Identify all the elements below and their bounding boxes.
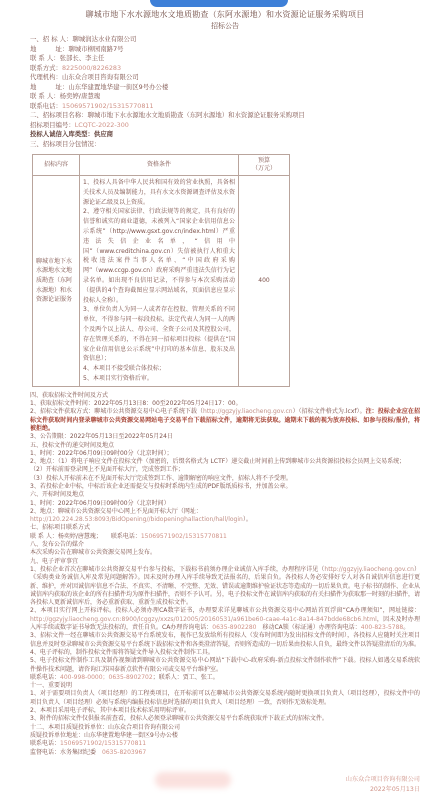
text-segment: 联系电话：: [30, 740, 60, 747]
text-line: 2、地点：聊城市公共资源交易中心网上不见面开标大厅（网址：: [30, 508, 420, 516]
col-header-qualifications: 资格条件: [80, 155, 239, 176]
text-segment: 本次采购公告在聊城市公共资源交易网上发布。: [30, 549, 156, 556]
text-segment: 地 址：聊城市柳园南路7号: [30, 45, 124, 53]
text-segment: 3、招标文件一经在聊城市公共资源交易平台系统发布，视作已发放给所有投标人（发布时…: [30, 632, 420, 647]
text-line: 本次采购公告在聊城市公共资源交易网上发布。: [30, 549, 420, 557]
url-text: http://ggzyjy.liaocheng.gov.cn:8900/lcgg…: [30, 616, 377, 623]
text-segment: 十二、本项目质疑投诉单位：山东众合项目咨询有限公司: [30, 724, 180, 731]
text-segment: 5、电子投标文件制作工具及制作视频请到聊城市公共资源交易中心网站“下载中心-政府…: [30, 657, 420, 672]
text-segment: （3）投标人开标前未在不见面开标大厅完成签到工作、逾期解密的响应文件，招标人将不…: [30, 475, 292, 482]
text-segment: 联系方式：: [30, 64, 62, 72]
text-line: 联 系 人：杨奕婷/唐慧瑰； 联系电话：15069571902/15315770…: [30, 533, 420, 541]
text-line: 投标人诚信入库类型：供应商: [30, 130, 420, 140]
text-segment: 移动CA锁（标证通）办理咨询电话：: [256, 624, 360, 631]
text-line: 3、若投标企业中标，中标后该企业还需提交与投标时系统内生成的PDF版纸质标书，并…: [30, 483, 420, 491]
text-line: 5、电子投标文件制作工具及制作视频请到聊城市公共资源交易中心网站“下载中心-政府…: [30, 657, 420, 674]
phone-or-code-text: 400-998-0000；0635-8902702: [60, 674, 153, 681]
bid-packages-table: 招标内容 资格条件 预算 （万元） 聊城市地下水水源地水文地质勘查（东阿水源地）…: [32, 154, 290, 387]
phone-or-code-text: 0635-8203967: [102, 749, 146, 756]
url-text: http://ggzyjy.liaocheng.gov.cn: [324, 566, 414, 573]
text-segment: 1、投标企业首次在聊城市公共资源交易平台参与投标，下载标书前须办理企业诚信入库手…: [30, 566, 324, 573]
text-segment: 四、获取招标文件时间及方式: [30, 392, 108, 399]
text-segment: 1、获取招标文件时间：2022年05月13日8：00至2022年05月24日17…: [30, 400, 242, 407]
text-line: 1、对于需要项目负责人（项目经理）的工程类项目，在开标前可以在聊城市公共资源交易…: [30, 690, 420, 707]
qualification-item: 1、投标人具备中华人民共和国有效的营业执照，具备相关技术人员及编制能力，具有水文…: [83, 178, 235, 207]
phone-or-code-text: 8225000/8226283: [62, 64, 121, 72]
text-line: 1、时间：2022年06月09日09时00分（北京时间）；: [30, 450, 420, 458]
phone-or-code-text: 15069571902/15315770811: [62, 102, 154, 110]
text-line: 联 系 人：杨奕婷/唐慧瑰: [30, 92, 420, 102]
text-line: 九、电子评审事宜: [30, 558, 420, 566]
text-line: 地 址：山东华建置地华建一街区9号办公楼: [30, 83, 420, 93]
text-line: 招标项目编号：LCQTC-2022-300: [30, 121, 420, 131]
text-line: 质疑投诉单位地址：山东华建置地华建一街区9号办公楼: [30, 732, 420, 740]
text-line: 二、招标项目名称：聊城市地下水水源地水文地质勘查（东阿水源地）和水资源论证服务采…: [30, 111, 420, 121]
text-segment: ；联系人：贾工、张工。: [153, 674, 219, 681]
text-line: 联系电话：15069571902/15315770811: [30, 740, 420, 748]
cell-bid-content: 聊城市地下水水源地水文地质勘查（东阿水源地）和水资源论证服务: [33, 176, 80, 387]
text-segment: ）（招标文件格式为.lcxf）。: [293, 408, 366, 415]
text-segment: 2、地点：（1）将电子响应文件在投标文件（加密的，后缀名格式为 LCTF）递交截…: [30, 458, 405, 465]
text-segment: 。: [403, 624, 409, 631]
phone-or-code-text: 0635-8902280: [212, 624, 256, 631]
page-title: 聊城市地下水水源地水文地质勘查（东阿水源地）和水资源论证服务采购项目: [30, 10, 420, 20]
text-segment: 联 系 人：张部长、李主任: [30, 54, 104, 62]
text-line: 2、招标文件获取方式：聊城市公共资源交易中心电子系统下载（http://ggzy…: [30, 408, 420, 433]
text-line: 三、招标项目分包情况：: [30, 140, 420, 150]
text-segment: 二、招标项目名称：聊城市地下水水源地水文地质勘查（东阿水源地）和水资源论证服务采…: [30, 111, 305, 119]
text-line: 十二、本项目质疑投诉单位：山东众合项目咨询有限公司: [30, 724, 420, 732]
qualification-item: 4、本项目不接受联合体投标；: [83, 364, 235, 374]
text-segment: 3、公告期限：2022年05月13日至2022年05月24日: [30, 433, 173, 440]
text-line: 3、公告期限：2022年05月13日至2022年05月24日: [30, 433, 420, 441]
text-segment: 2、本项目实行网上开标评标。投标人必须办理CA数字证书，办理要求详见聊城市公共资…: [30, 607, 420, 614]
qualification-item: 3、单位负责人为同一人或者存在控股、管理关系的不同单位，不得参与同一标段投标。法…: [83, 305, 235, 364]
page-subtitle: 招标公告: [30, 21, 420, 31]
text-line: 地 址：聊城市柳园南路7号: [30, 45, 420, 55]
text-line: 联系电话：400-998-0000；0635-8902702；联系人：贾工、张工…: [30, 674, 420, 682]
text-line: （2）开标前需登录网上不见面开标大厅，完成签到工作；: [30, 466, 420, 474]
cell-qualifications: 1、投标人具备中华人民共和国有效的营业执照，具备相关技术人员及编制能力，具有水文…: [80, 176, 239, 387]
text-segment: 九、电子评审事宜: [30, 558, 78, 565]
text-segment: 七、招标项目联系方式: [30, 524, 90, 531]
url-text: http://120.224.28.53:8093/BidOpening//bi…: [30, 516, 243, 523]
table-header-row: 招标内容 资格条件 预算 （万元）: [33, 155, 290, 176]
text-segment: （2）开标前需登录网上不见面开标大厅，完成签到工作；: [30, 466, 184, 473]
text-segment: 1、时间：2022年06月09日09时00分（北京时间）: [30, 500, 170, 507]
text-segment: ）。: [243, 516, 252, 523]
text-segment: 2、招标文件获取方式：聊城市公共资源交易中心电子系统下载（: [30, 408, 203, 415]
text-line: 六、开标时间及地点: [30, 491, 420, 499]
footer-company: 山东众合项目咨询有限公司: [346, 775, 420, 785]
text-segment: 地 址：山东华建置地华建一街区9号办公楼: [30, 83, 168, 91]
text-segment: 三、招标项目分包情况：: [30, 140, 100, 148]
text-line: 五、投标文件的递交时间及地点: [30, 442, 420, 450]
text-segment: 2、本项目采用电子评标，其中本项目技术标采用明标评审。: [30, 707, 190, 714]
text-line: 3、招标文件一经在聊城市公共资源交易平台系统发布，视作已发放给所有投标人（发布时…: [30, 632, 420, 649]
text-segment: 联 系 人：杨奕婷/唐慧瑰； 联系电话：: [30, 533, 141, 540]
announcement-page: 聊城市地下水水源地水文地质勘查（东阿水源地）和水资源论证服务采购项目 招标公告 …: [0, 0, 444, 800]
footer-date: 2022年05月13日: [346, 785, 420, 795]
text-segment: 监督电话：水务集团纪委: [30, 749, 102, 756]
text-line: 联系电话：15069571902/15315770811: [30, 102, 420, 112]
text-line: 1、投标企业首次在聊城市公共资源交易平台参与投标，下载标书前须办理企业诚信入库手…: [30, 566, 420, 607]
seal-stamp-faint: [155, 772, 231, 788]
text-line: 一、招 标 人：聊城润达水业有限公司: [30, 35, 420, 45]
phone-or-code-text: 400-823-5788: [361, 624, 404, 631]
body-sections: 四、获取招标文件时间及方式1、获取招标文件时间：2022年05月13日8：00至…: [30, 392, 420, 757]
col-header-content: 招标内容: [33, 155, 80, 176]
text-segment: 质疑投诉单位地址：山东华建置地华建一街区9号办公楼: [30, 732, 178, 739]
text-line: 代理机构：山东众合项目咨询有限公司: [30, 73, 420, 83]
text-line: 监督电话：水务集团纪委 0635-8203967: [30, 749, 420, 757]
text-line: 联 系 人：张部长、李主任: [30, 54, 420, 64]
phone-or-code-text: LCQTC-2022-300: [75, 121, 129, 129]
col-header-budget: 预算 （万元）: [239, 155, 290, 176]
text-segment: 八、发布公告的媒介: [30, 541, 84, 548]
text-line: 2、本项目实行网上开标评标。投标人必须办理CA数字证书，办理要求详见聊城市公共资…: [30, 607, 420, 632]
text-line: （3）投标人开标前未在不见面开标大厅完成签到工作、逾期解密的响应文件，招标人将不…: [30, 475, 420, 483]
text-line: 七、招标项目联系方式: [30, 524, 420, 532]
text-segment: 3、若投标企业中标，中标后该企业还需提交与投标时系统内生成的PDF版纸质标书，并…: [30, 483, 292, 490]
text-line: 1、时间：2022年06月09日09时00分（北京时间）: [30, 500, 420, 508]
document-content: 聊城市地下水水源地水文地质勘查（东阿水源地）和水资源论证服务采购项目 招标公告 …: [30, 10, 420, 757]
cell-budget-value: 400: [239, 176, 290, 387]
text-segment: 1、时间：2022年06月09日09时00分（北京时间）；: [30, 450, 173, 457]
phone-or-code-text: 15069571902/15315770811: [60, 740, 146, 747]
qualification-item: 5、本项目实行资格后审。: [83, 374, 235, 384]
text-segment: 招标项目编号：: [30, 121, 75, 129]
text-segment: 六、开标时间及地点: [30, 491, 84, 498]
phone-or-code-text: 15069571902/15315770811: [141, 533, 227, 540]
text-segment: 投标人诚信入库类型：供应商: [30, 130, 113, 138]
text-segment: 3、附件的招标文件仅供报名前查看，投标人必须登录聊城市公共资源交易平台系统获取并…: [30, 715, 328, 722]
text-segment: 十一、重要说明: [30, 682, 72, 689]
intro-section: 一、招 标 人：聊城润达水业有限公司地 址：聊城市柳园南路7号联 系 人：张部长…: [30, 35, 420, 149]
text-segment: 联 系 人：杨奕婷/唐慧瑰: [30, 92, 100, 100]
text-segment: 五、投标文件的递交时间及地点: [30, 442, 114, 449]
text-segment: 4、电子评标的，制作投标文件需将答疑文件导入投标文件制作工具。: [30, 649, 214, 656]
text-segment: 代理机构：山东众合项目咨询有限公司: [30, 73, 139, 81]
text-segment: 联系电话：: [30, 102, 62, 110]
text-segment: 联系电话：: [30, 674, 60, 681]
text-segment: 2、地点：聊城市公共资源交易中心网上不见面开标大厅（网址：: [30, 508, 202, 515]
text-line: 联系方式：8225000/8226283: [30, 64, 420, 74]
table-row: 聊城市地下水水源地水文地质勘查（东阿水源地）和水资源论证服务 1、投标人具备中华…: [33, 176, 290, 387]
text-segment: 1、对于需要项目负责人（项目经理）的工程类项目，在开标前可以在聊城市公共资源交易…: [30, 690, 420, 705]
text-line: 四、获取招标文件时间及方式: [30, 392, 420, 400]
top-button-partial[interactable]: [150, 0, 288, 7]
qualification-item: 2、遵守相关国家法律、行政法规等的规定，具有良好的信誉和诚实的商业道德，未被列入…: [83, 207, 235, 305]
text-segment: 一、招 标 人：聊城润达水业有限公司: [30, 35, 136, 43]
url-text: http://ggzyjy.liaocheng.gov.cn: [203, 408, 293, 415]
footer-signature: 山东众合项目咨询有限公司 2022年05月13日: [346, 775, 420, 795]
text-line: 4、电子评标的，制作投标文件需将答疑文件导入投标文件制作工具。: [30, 649, 420, 657]
text-line: 3、附件的招标文件仅供报名前查看，投标人必须登录聊城市公共资源交易平台系统获取并…: [30, 715, 420, 723]
